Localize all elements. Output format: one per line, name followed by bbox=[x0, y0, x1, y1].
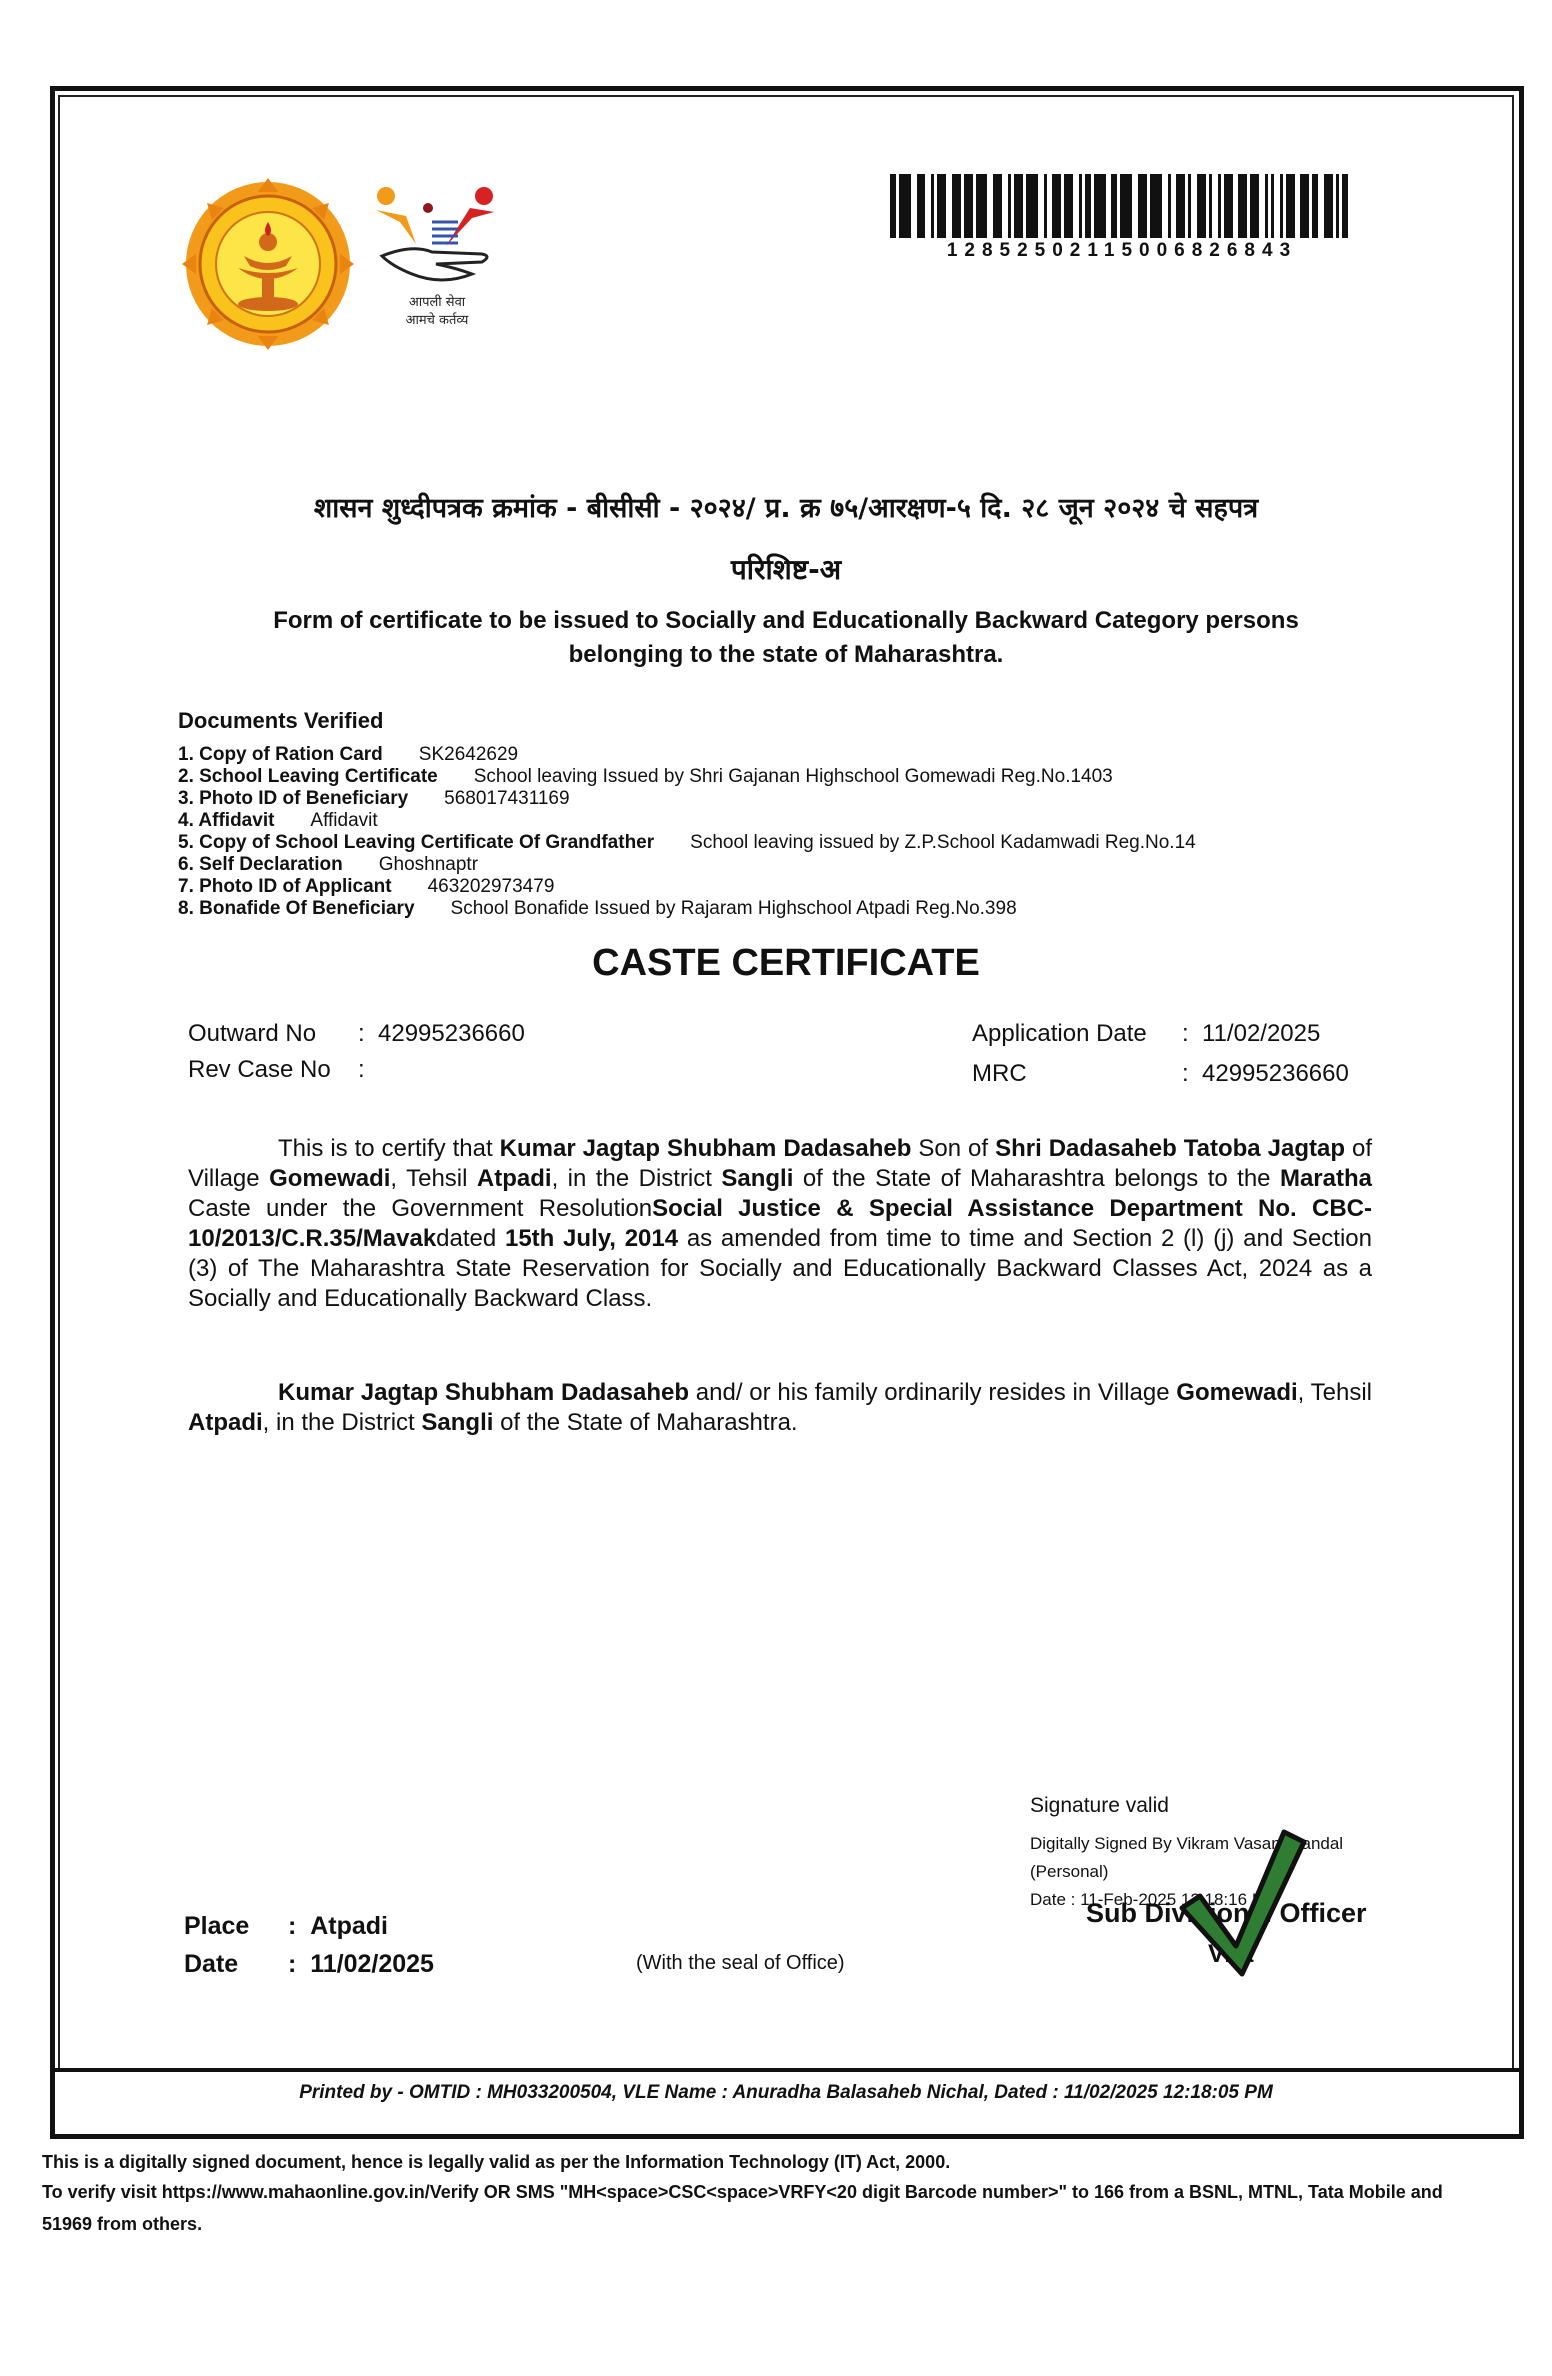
barcode-number: 12852502115006826843 bbox=[890, 240, 1354, 262]
district: Sangli bbox=[421, 1409, 493, 1436]
government-reference: शासन शुध्दीपत्रक क्रमांक - बीसीसी - २०२४… bbox=[60, 488, 1512, 525]
document-item: 1. Copy of Ration CardSK2642629 bbox=[178, 744, 1196, 766]
seal-note: (With the seal of Office) bbox=[636, 1952, 845, 1975]
document-value: Affidavit bbox=[310, 810, 377, 831]
caste: Maratha bbox=[1280, 1165, 1372, 1192]
aaple-tagline-1: आपली सेवा bbox=[372, 294, 502, 312]
rev-case-no-field: Rev Case No: bbox=[188, 1056, 378, 1084]
document-label: 6. Self Declaration bbox=[178, 854, 343, 875]
documents-verified-heading: Documents Verified bbox=[178, 708, 383, 734]
document-item: 4. AffidavitAffidavit bbox=[178, 810, 1196, 832]
document-item: 7. Photo ID of Applicant463202973479 bbox=[178, 876, 1196, 898]
footer-divider bbox=[52, 2068, 1522, 2072]
mrc-label: MRC bbox=[972, 1060, 1182, 1088]
district: Sangli bbox=[721, 1165, 793, 1192]
resolution-date: 15th July, 2014 bbox=[505, 1225, 678, 1252]
place-field: Place: Atpadi bbox=[184, 1912, 388, 1941]
father-name: Shri Dadasaheb Tatoba Jagtap bbox=[995, 1135, 1345, 1162]
outward-no-label: Outward No bbox=[188, 1020, 358, 1048]
document-item: 2. School Leaving CertificateSchool leav… bbox=[178, 766, 1196, 788]
applicant-name: Kumar Jagtap Shubham Dadasaheb bbox=[278, 1379, 689, 1406]
aaple-sarkar-hand-icon bbox=[372, 182, 502, 292]
disclaimer-line-2: To verify visit https://www.mahaonline.g… bbox=[42, 2182, 1443, 2203]
form-title: Form of certificate to be issued to Soci… bbox=[200, 604, 1372, 672]
date-field: Date: 11/02/2025 bbox=[184, 1950, 434, 1979]
document-label: 5. Copy of School Leaving Certificate Of… bbox=[178, 832, 654, 853]
application-date-label: Application Date bbox=[972, 1020, 1182, 1048]
document-label: 1. Copy of Ration Card bbox=[178, 744, 383, 765]
outward-no-value: 42995236660 bbox=[378, 1020, 525, 1047]
separator: : bbox=[358, 1020, 365, 1047]
aaple-tagline-2: आमचे कर्तव्य bbox=[372, 312, 502, 330]
printed-by: Printed by - OMTID : MH033200504, VLE Na… bbox=[60, 2082, 1512, 2104]
documents-verified-list: 1. Copy of Ration CardSK26426292. School… bbox=[178, 744, 1196, 920]
tehsil: Atpadi bbox=[188, 1409, 263, 1436]
place-value: Atpadi bbox=[310, 1912, 388, 1940]
document-label: 8. Bonafide Of Beneficiary bbox=[178, 898, 415, 919]
aaple-sarkar-logo: आपली सेवा आमचे कर्तव्य bbox=[372, 182, 502, 352]
document-value: School leaving Issued by Shri Gajanan Hi… bbox=[474, 766, 1113, 787]
separator: : bbox=[358, 1056, 365, 1083]
document-item: 8. Bonafide Of BeneficiarySchool Bonafid… bbox=[178, 898, 1196, 920]
mrc-value: 42995236660 bbox=[1202, 1060, 1349, 1087]
residence-paragraph: Kumar Jagtap Shubham Dadasaheb and/ or h… bbox=[188, 1378, 1372, 1438]
document-value: School Bonafide Issued by Rajaram Highsc… bbox=[451, 898, 1017, 919]
document-value: 463202973479 bbox=[428, 876, 555, 897]
date-value: 11/02/2025 bbox=[310, 1950, 434, 1978]
certification-paragraph: This is to certify that Kumar Jagtap Shu… bbox=[188, 1134, 1372, 1314]
separator: : bbox=[1182, 1020, 1189, 1047]
application-date-field: Application Date: 11/02/2025 bbox=[972, 1020, 1320, 1048]
appendix-title: परिशिष्ट-अ bbox=[60, 550, 1512, 588]
mrc-field: MRC: 42995236660 bbox=[972, 1060, 1349, 1088]
application-date-value: 11/02/2025 bbox=[1202, 1020, 1320, 1047]
applicant-name: Kumar Jagtap Shubham Dadasaheb bbox=[500, 1135, 912, 1162]
document-item: 5. Copy of School Leaving Certificate Of… bbox=[178, 832, 1196, 854]
village: Gomewadi bbox=[269, 1165, 390, 1192]
date-label: Date bbox=[184, 1950, 288, 1979]
document-label: 7. Photo ID of Applicant bbox=[178, 876, 392, 897]
document-label: 4. Affidavit bbox=[178, 810, 274, 831]
certificate-title: CASTE CERTIFICATE bbox=[60, 942, 1512, 985]
barcode bbox=[890, 174, 1354, 238]
document-label: 2. School Leaving Certificate bbox=[178, 766, 438, 787]
document-item: 6. Self DeclarationGhoshnaptr bbox=[178, 854, 1196, 876]
signature-status: Signature valid bbox=[1030, 1794, 1410, 1818]
document-value: SK2642629 bbox=[419, 744, 518, 765]
form-title-line-2: belonging to the state of Maharashtra. bbox=[200, 638, 1372, 672]
document-item: 3. Photo ID of Beneficiary568017431169 bbox=[178, 788, 1196, 810]
green-checkmark-icon bbox=[1178, 1828, 1308, 1978]
disclaimer-line-3: 51969 from others. bbox=[42, 2214, 202, 2235]
tehsil: Atpadi bbox=[477, 1165, 552, 1192]
rev-case-label: Rev Case No bbox=[188, 1056, 358, 1084]
separator: : bbox=[1182, 1060, 1189, 1087]
document-value: Ghoshnaptr bbox=[379, 854, 478, 875]
disclaimer-line-1: This is a digitally signed document, hen… bbox=[42, 2152, 950, 2173]
maharashtra-seal-icon bbox=[182, 178, 354, 350]
document-value: School leaving issued by Z.P.School Kada… bbox=[690, 832, 1196, 853]
document-value: 568017431169 bbox=[444, 788, 569, 809]
place-label: Place bbox=[184, 1912, 288, 1941]
outward-no-field: Outward No: 42995236660 bbox=[188, 1020, 525, 1048]
village: Gomewadi bbox=[1176, 1379, 1297, 1406]
document-label: 3. Photo ID of Beneficiary bbox=[178, 788, 408, 809]
form-title-line-1: Form of certificate to be issued to Soci… bbox=[200, 604, 1372, 638]
